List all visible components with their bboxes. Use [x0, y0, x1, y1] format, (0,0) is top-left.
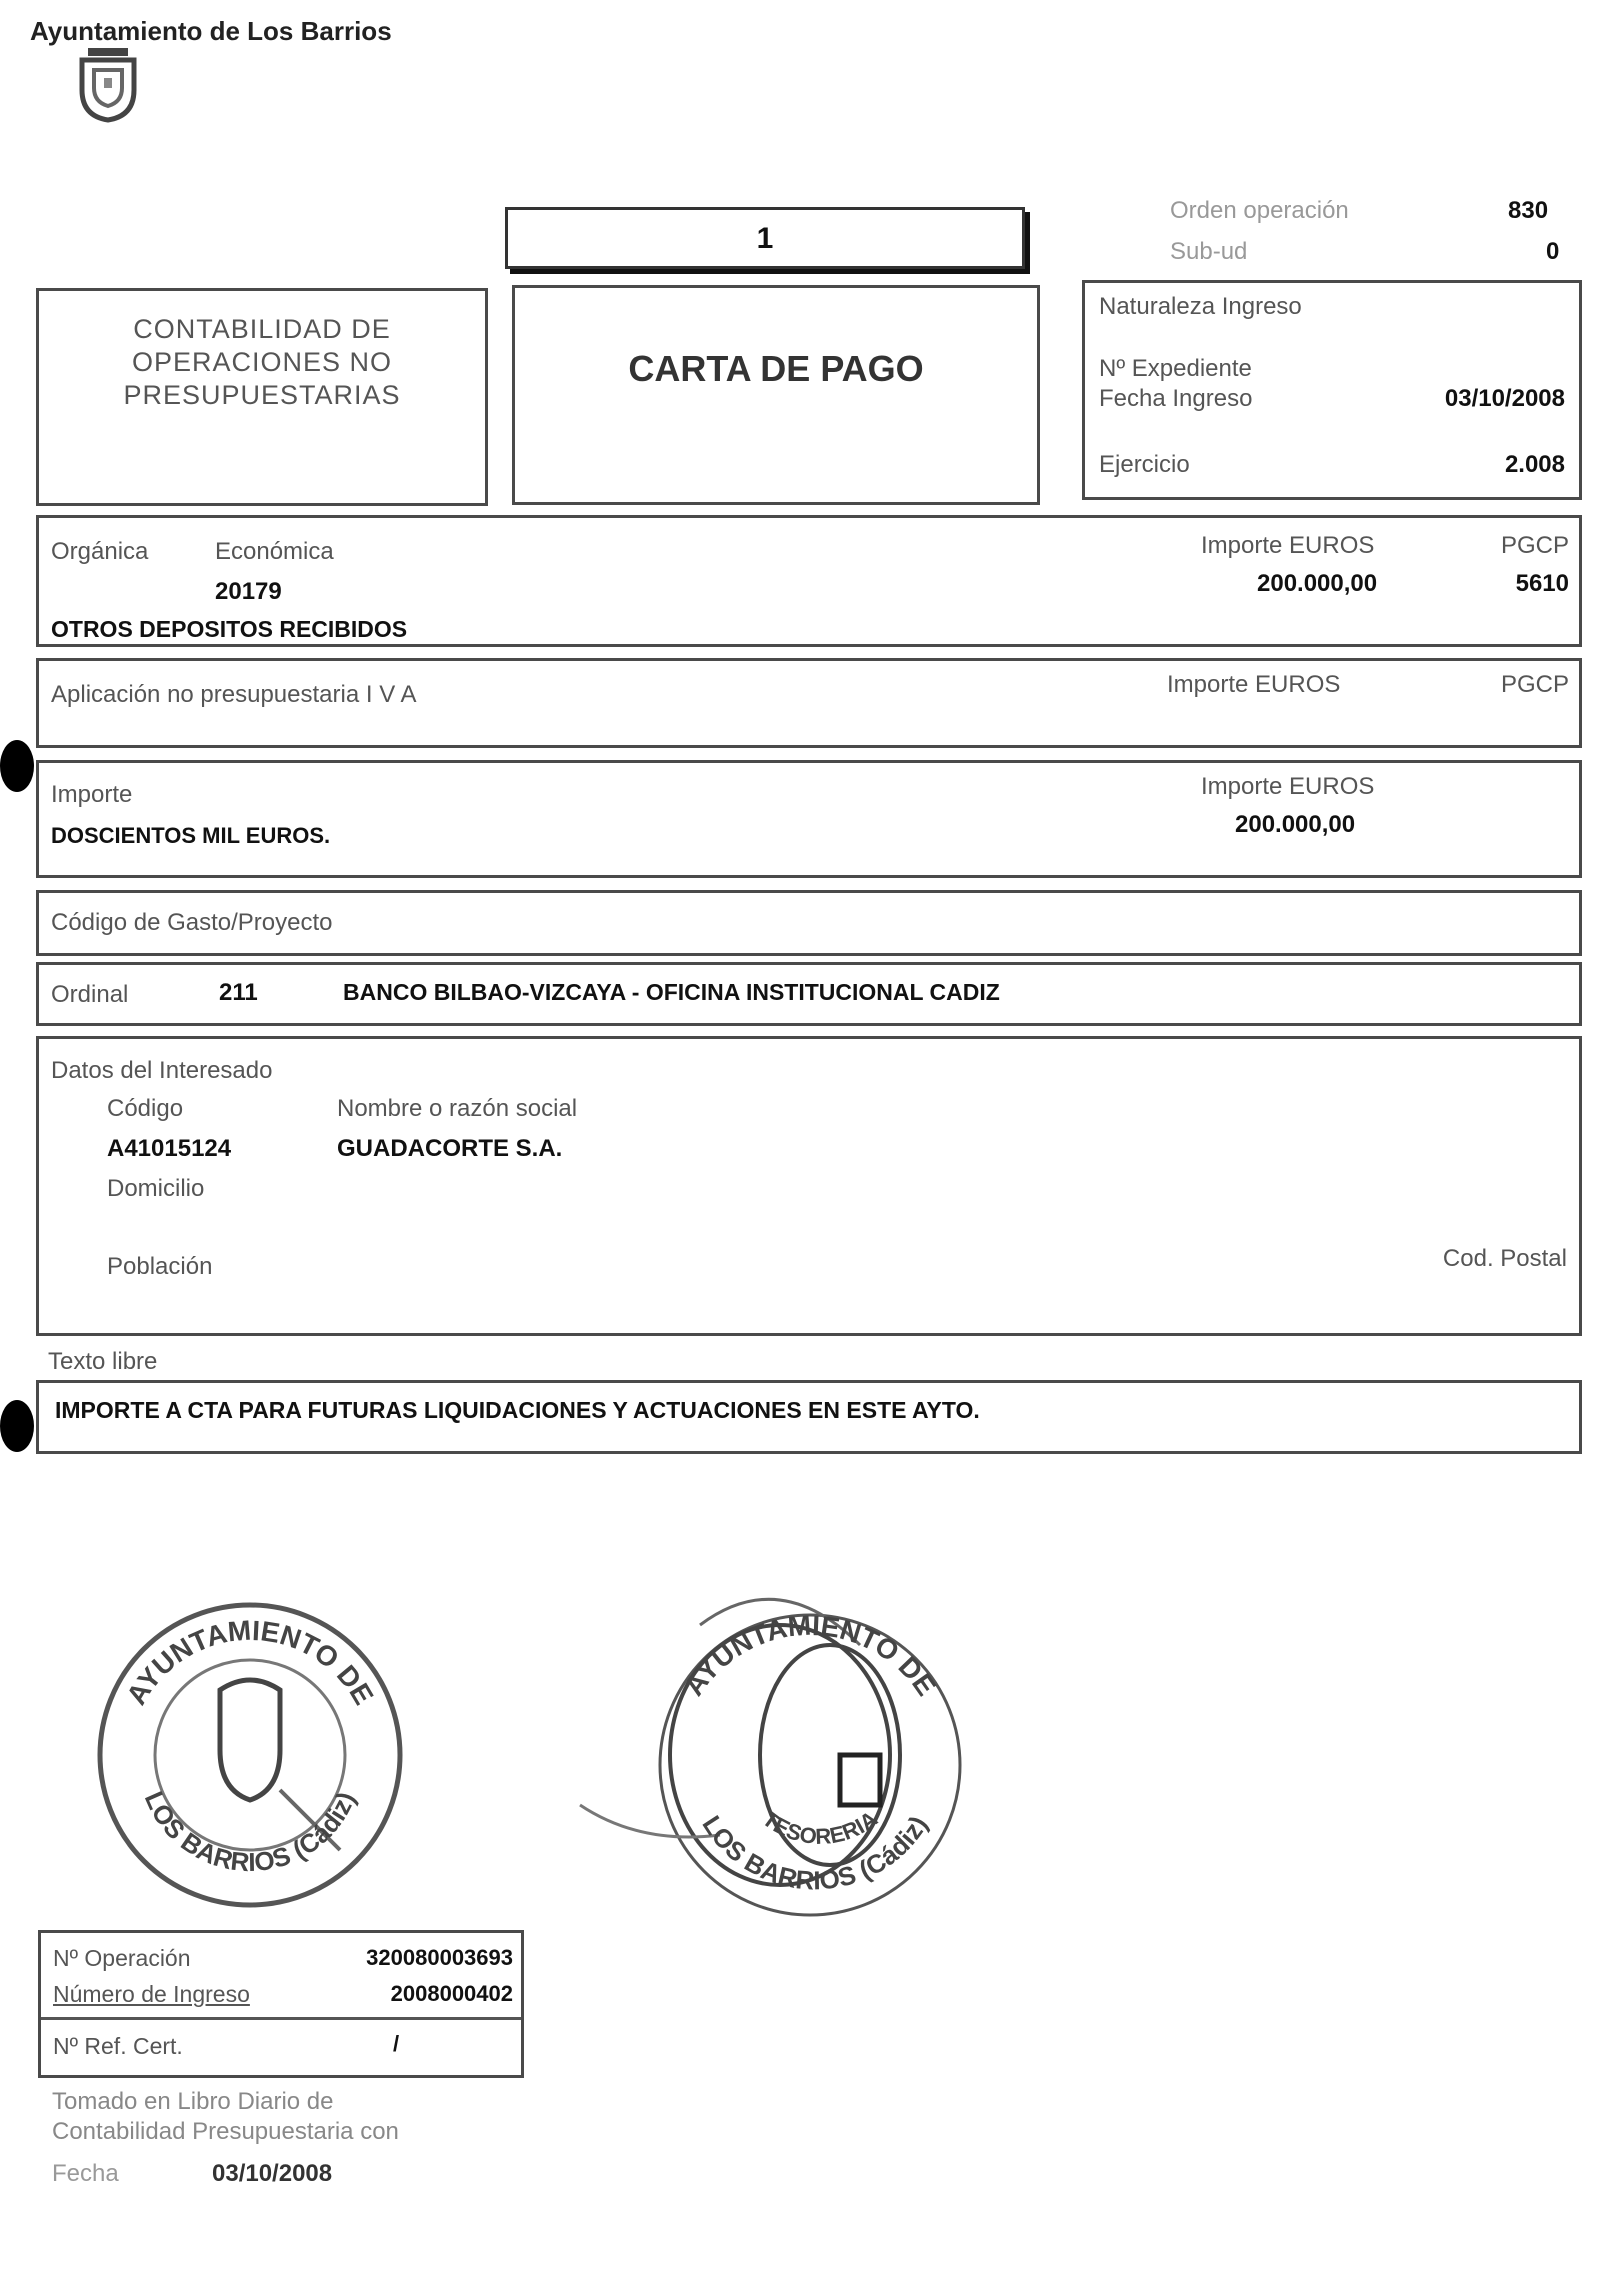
income-number-label: Número de Ingreso	[53, 1981, 250, 2008]
svg-text:AYUNTAMIENTO DE: AYUNTAMIENTO DE	[678, 1610, 942, 1702]
ordinal-number: 211	[219, 979, 258, 1007]
title-box: CARTA DE PAGO	[512, 285, 1040, 505]
interested-party-box: Datos del Interesado Código A41015124 No…	[36, 1036, 1582, 1336]
iva-label: Aplicación no presupuestaria I V A	[51, 681, 417, 709]
income-number-value: 2008000402	[391, 1981, 513, 2007]
budget-description: OTROS DEPOSITOS RECIBIDOS	[51, 616, 407, 643]
svg-text:AYUNTAMIENTO DE: AYUNTAMIENTO DE	[120, 1615, 379, 1710]
amount-in-words: DOSCIENTOS MIL EUROS.	[51, 823, 330, 849]
operation-number-value: 320080003693	[366, 1945, 513, 1971]
city-label: Población	[107, 1253, 212, 1281]
pgcp-label: PGCP	[1501, 532, 1569, 560]
project-code-label: Código de Gasto/Proyecto	[51, 909, 333, 937]
amount-label: Importe	[51, 781, 132, 809]
total-euros-value: 200.000,00	[1235, 811, 1355, 839]
fiscal-year-value: 2.008	[1505, 451, 1565, 479]
treasury-seal-icon: AYUNTAMIENTO DE TESORERIA LOS BARRIOS (C…	[570, 1565, 1020, 1935]
divider	[41, 2017, 521, 2020]
amount-euros-label: Importe EUROS	[1201, 532, 1374, 560]
footer-date-label: Fecha	[52, 2160, 119, 2188]
economic-label: Económica	[215, 538, 334, 566]
department-box: CONTABILIDAD DE OPERACIONES NO PRESUPUES…	[36, 288, 488, 506]
department-name: CONTABILIDAD DE OPERACIONES NO PRESUPUES…	[39, 313, 485, 412]
cert-ref-label: Nº Ref. Cert.	[53, 2033, 183, 2060]
free-text-value: IMPORTE A CTA PARA FUTURAS LIQUIDACIONES…	[55, 1397, 980, 1424]
copy-number-box: 1	[505, 207, 1025, 269]
footer-date-value: 03/10/2008	[212, 2160, 332, 2188]
amount-euros-value: 200.000,00	[1257, 570, 1377, 598]
operation-number-label: Nº Operación	[53, 1945, 191, 1972]
name-label: Nombre o razón social	[337, 1095, 577, 1123]
free-text-label: Texto libre	[48, 1348, 157, 1376]
sub-unit-label: Sub-ud	[1170, 238, 1247, 266]
operation-box: Nº Operación 320080003693 Número de Ingr…	[38, 1930, 524, 2078]
svg-text:LOS BARRIOS (Cádiz): LOS BARRIOS (Cádiz)	[697, 1810, 934, 1895]
income-date-label: Fecha Ingreso	[1099, 385, 1252, 413]
iva-amount-label: Importe EUROS	[1167, 671, 1340, 699]
institution-name: Ayuntamiento de Los Barrios	[30, 16, 392, 47]
name-value: GUADACORTE S.A.	[337, 1135, 562, 1163]
municipal-seal-icon: AYUNTAMIENTO DE LOS BARRIOS (Cádiz)	[90, 1590, 410, 1910]
income-nature-label: Naturaleza Ingreso	[1099, 293, 1302, 321]
binder-hole-icon	[0, 1400, 34, 1452]
cert-ref-value: /	[393, 2031, 399, 2057]
amount-box: Importe DOSCIENTOS MIL EUROS. Importe EU…	[36, 760, 1582, 878]
income-date-value: 03/10/2008	[1445, 385, 1565, 413]
code-label: Código	[107, 1095, 183, 1123]
iva-box: Aplicación no presupuestaria I V A Impor…	[36, 658, 1582, 748]
ordinal-box: Ordinal 211 BANCO BILBAO-VIZCAYA - OFICI…	[36, 962, 1582, 1026]
total-euros-label: Importe EUROS	[1201, 773, 1374, 801]
project-code-box: Código de Gasto/Proyecto	[36, 890, 1582, 956]
coat-of-arms-icon	[68, 44, 148, 124]
address-label: Domicilio	[107, 1175, 204, 1203]
operation-order-label: Orden operación	[1170, 197, 1349, 225]
pgcp-value: 5610	[1516, 570, 1569, 598]
free-text-box: IMPORTE A CTA PARA FUTURAS LIQUIDACIONES…	[36, 1380, 1582, 1454]
footer-line-1: Tomado en Libro Diario de	[52, 2088, 334, 2116]
postal-code-label: Cod. Postal	[1443, 1245, 1567, 1273]
fiscal-year-label: Ejercicio	[1099, 451, 1190, 479]
ordinal-label: Ordinal	[51, 981, 128, 1009]
document-title: CARTA DE PAGO	[515, 348, 1037, 390]
footer-line-2: Contabilidad Presupuestaria con	[52, 2118, 399, 2146]
iva-pgcp-label: PGCP	[1501, 671, 1569, 699]
code-value: A41015124	[107, 1135, 231, 1163]
binder-hole-icon	[0, 740, 34, 792]
economic-code: 20179	[215, 578, 282, 606]
sub-unit-value: 0	[1546, 238, 1559, 266]
interested-section-label: Datos del Interesado	[51, 1057, 272, 1085]
copy-number: 1	[508, 222, 1022, 256]
operation-order-value: 830	[1508, 197, 1548, 225]
bank-name: BANCO BILBAO-VIZCAYA - OFICINA INSTITUCI…	[343, 979, 1000, 1006]
file-number-label: Nº Expediente	[1099, 355, 1252, 383]
budget-classification-box: Orgánica Económica 20179 OTROS DEPOSITOS…	[36, 515, 1582, 647]
income-info-box: Naturaleza Ingreso Nº Expediente Fecha I…	[1082, 280, 1582, 500]
organic-label: Orgánica	[51, 538, 148, 566]
